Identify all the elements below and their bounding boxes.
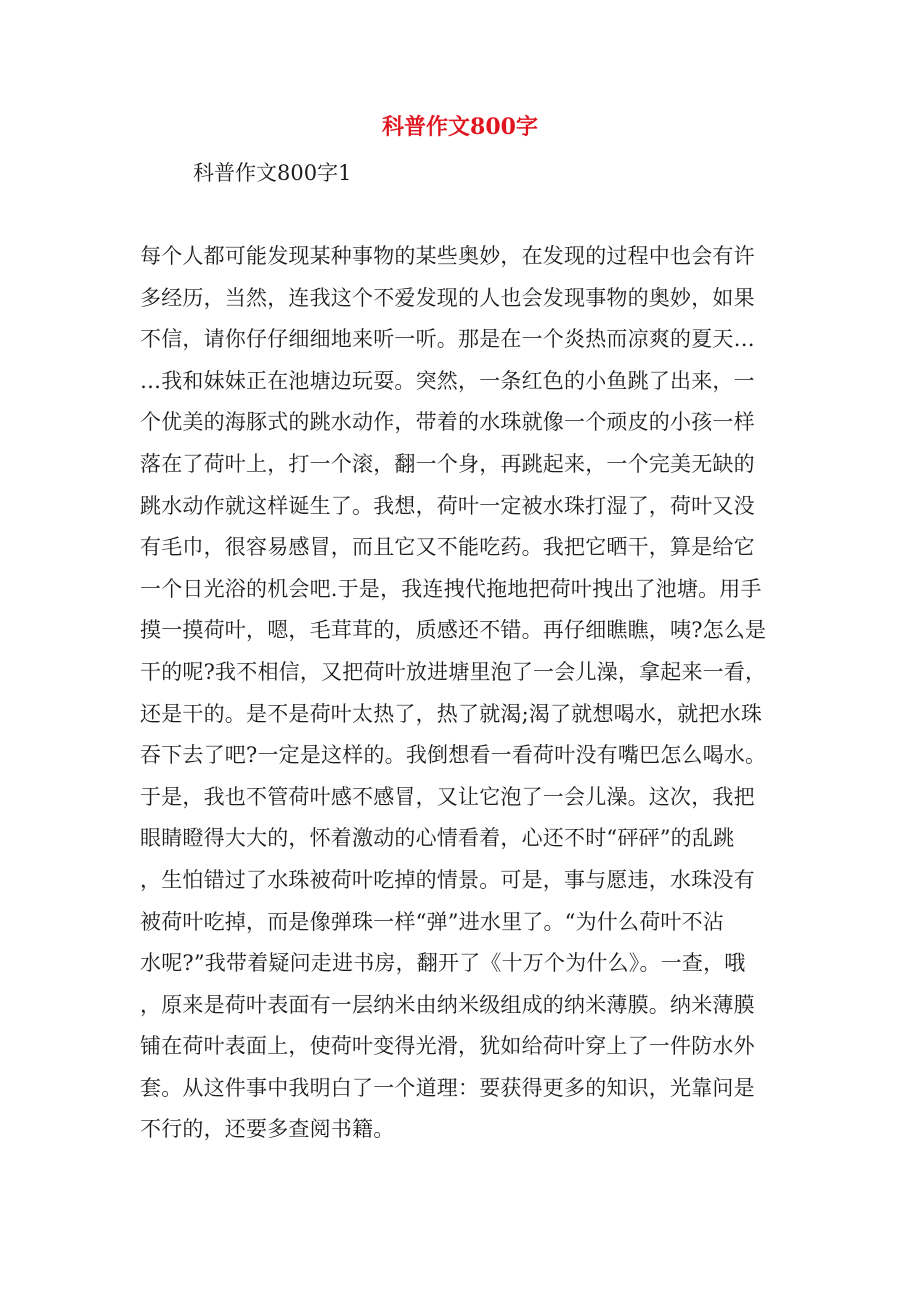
body-line: 不行的，还要多查阅书籍。 (140, 1113, 780, 1155)
body-line: 跳水动作就这样诞生了。我想，荷叶一定被水珠打湿了，荷叶又没 (140, 490, 780, 532)
body-line: 一个日光浴的机会吧.于是，我连拽代拖地把荷叶拽出了池塘。用手 (140, 573, 780, 615)
body-line: 多经历，当然，连我这个不爱发现的人也会发现事物的奥妙，如果 (140, 282, 780, 324)
body-line: 水呢?”我带着疑问走进书房，翻开了《十万个为什么》。一查，哦 (140, 947, 780, 989)
body-line: 每个人都可能发现某种事物的某些奥妙，在发现的过程中也会有许 (140, 240, 780, 282)
body-line: 摸一摸荷叶，嗯，毛茸茸的，质感还不错。再仔细瞧瞧，咦?怎么是 (140, 614, 780, 656)
body-line: 有毛巾，很容易感冒，而且它又不能吃药。我把它晒干，算是给它 (140, 531, 780, 573)
body-line: 于是，我也不管荷叶感不感冒，又让它泡了一会儿澡。这次，我把 (140, 781, 780, 823)
body-line: 干的呢?我不相信，又把荷叶放进塘里泡了一会儿澡，拿起来一看， (140, 656, 780, 698)
body-line: 落在了荷叶上，打一个滚，翻一个身，再跳起来，一个完美无缺的 (140, 448, 780, 490)
body-line: 铺在荷叶表面上，使荷叶变得光滑，犹如给荷叶穿上了一件防水外 (140, 1030, 780, 1072)
body-line: 眼睛瞪得大大的，怀着激动的心情看着，心还不时“砰砰”的乱跳 (140, 822, 780, 864)
document-subtitle: 科普作文800字1 (193, 158, 351, 188)
document-page: 科普作文800字 科普作文800字1 每个人都可能发现某种事物的某些奥妙，在发现… (0, 0, 920, 1302)
body-line: 被荷叶吃掉，而是像弹珠一样“弹”进水里了。“为什么荷叶不沾 (140, 906, 780, 948)
document-body: 每个人都可能发现某种事物的某些奥妙，在发现的过程中也会有许 多经历，当然，连我这… (140, 240, 780, 1155)
body-line: 不信，请你仔仔细细地来听一听。那是在一个炎热而凉爽的夏天… (140, 323, 780, 365)
body-line: …我和妹妹正在池塘边玩耍。突然，一条红色的小鱼跳了出来，一 (140, 365, 780, 407)
body-line: ，生怕错过了水珠被荷叶吃掉的情景。可是，事与愿违，水珠没有 (140, 864, 780, 906)
body-line: 个优美的海豚式的跳水动作，带着的水珠就像一个顽皮的小孩一样 (140, 406, 780, 448)
body-line: 吞下去了吧?一定是这样的。我倒想看一看荷叶没有嘴巴怎么喝水。 (140, 739, 780, 781)
body-line: 套。从这件事中我明白了一个道理：要获得更多的知识，光靠问是 (140, 1072, 780, 1114)
body-line: ，原来是荷叶表面有一层纳米由纳米级组成的纳米薄膜。纳米薄膜 (140, 989, 780, 1031)
body-line: 还是干的。是不是荷叶太热了，热了就渴;渴了就想喝水，就把水珠 (140, 698, 780, 740)
document-title: 科普作文800字 (0, 112, 920, 142)
